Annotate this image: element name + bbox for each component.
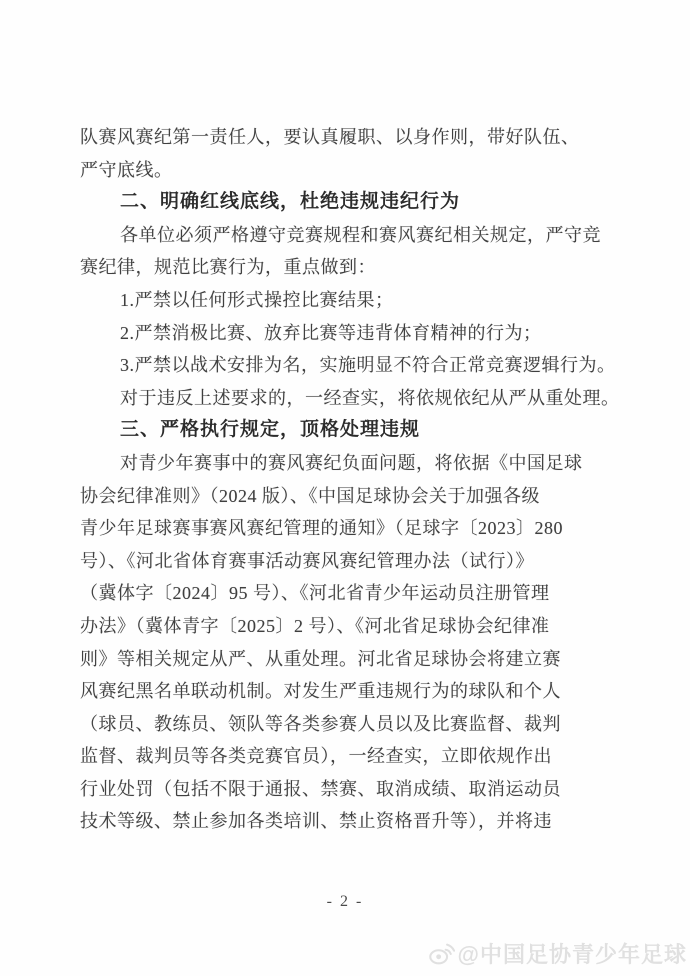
text-line: 风赛纪黑名单联动机制。对发生严重违规行为的球队和个人: [80, 675, 620, 708]
text-line: （球员、教练员、领队等各类参赛人员以及比赛监督、裁判: [80, 708, 620, 741]
weibo-logo-icon: [427, 941, 455, 966]
text-line: 则》等相关规定从严、从重处理。河北省足球协会将建立赛: [80, 643, 620, 676]
text-line: 监督、裁判员等各类竞赛官员），一经查实，立即依规作出: [80, 740, 620, 773]
text-line: 协会纪律准则》（2024 版）、《中国足球协会关于加强各级: [80, 480, 620, 513]
text-line: 2.严禁消极比赛、放弃比赛等违背体育精神的行为；: [80, 317, 620, 350]
text-line: 严守底线。: [80, 154, 620, 187]
section-heading: 三、严格执行规定，顶格处理违规: [80, 414, 620, 447]
text-line: 办法》（冀体青字〔2025〕2 号）、《河北省足球协会纪律准: [80, 610, 620, 643]
watermark-text: @中国足协青少年足球: [458, 938, 687, 969]
text-line: 队赛风赛纪第一责任人，要认真履职、以身作则，带好队伍、: [80, 121, 620, 154]
page-number: - 2 -: [0, 893, 690, 911]
text-line: 行业处罚（包括不限于通报、禁赛、取消成绩、取消运动员: [80, 773, 620, 806]
watermark: @中国足协青少年足球: [427, 938, 687, 969]
text-line: 对于违反上述要求的，一经查实，将依规依纪从严从重处理。: [80, 382, 620, 415]
text-line: 号）、《河北省体育赛事活动赛风赛纪管理办法（试行）》: [80, 545, 620, 578]
text-line: 赛纪律，规范比赛行为，重点做到：: [80, 251, 620, 284]
text-line: 3.严禁以战术安排为名，实施明显不符合正常竞赛逻辑行为。: [80, 349, 620, 382]
text-line: 1.严禁以任何形式操控比赛结果；: [80, 284, 620, 317]
text-line: 各单位必须严格遵守竞赛规程和赛风赛纪相关规定，严守竞: [80, 219, 620, 252]
text-line: 对青少年赛事中的赛风赛纪负面问题，将依据《中国足球: [80, 447, 620, 480]
text-line: 技术等级、禁止参加各类培训、禁止资格晋升等），并将违: [80, 805, 620, 838]
text-line: 青少年足球赛事赛风赛纪管理的通知》（足球字〔2023〕280: [80, 512, 620, 545]
section-heading: 二、明确红线底线，杜绝违规违纪行为: [80, 186, 620, 219]
scanned-document-page: 队赛风赛纪第一责任人，要认真履职、以身作则，带好队伍、严守底线。二、明确红线底线…: [0, 0, 690, 976]
document-body: 队赛风赛纪第一责任人，要认真履职、以身作则，带好队伍、严守底线。二、明确红线底线…: [80, 121, 620, 838]
text-line: （冀体字〔2024〕95 号）、《河北省青少年运动员注册管理: [80, 577, 620, 610]
